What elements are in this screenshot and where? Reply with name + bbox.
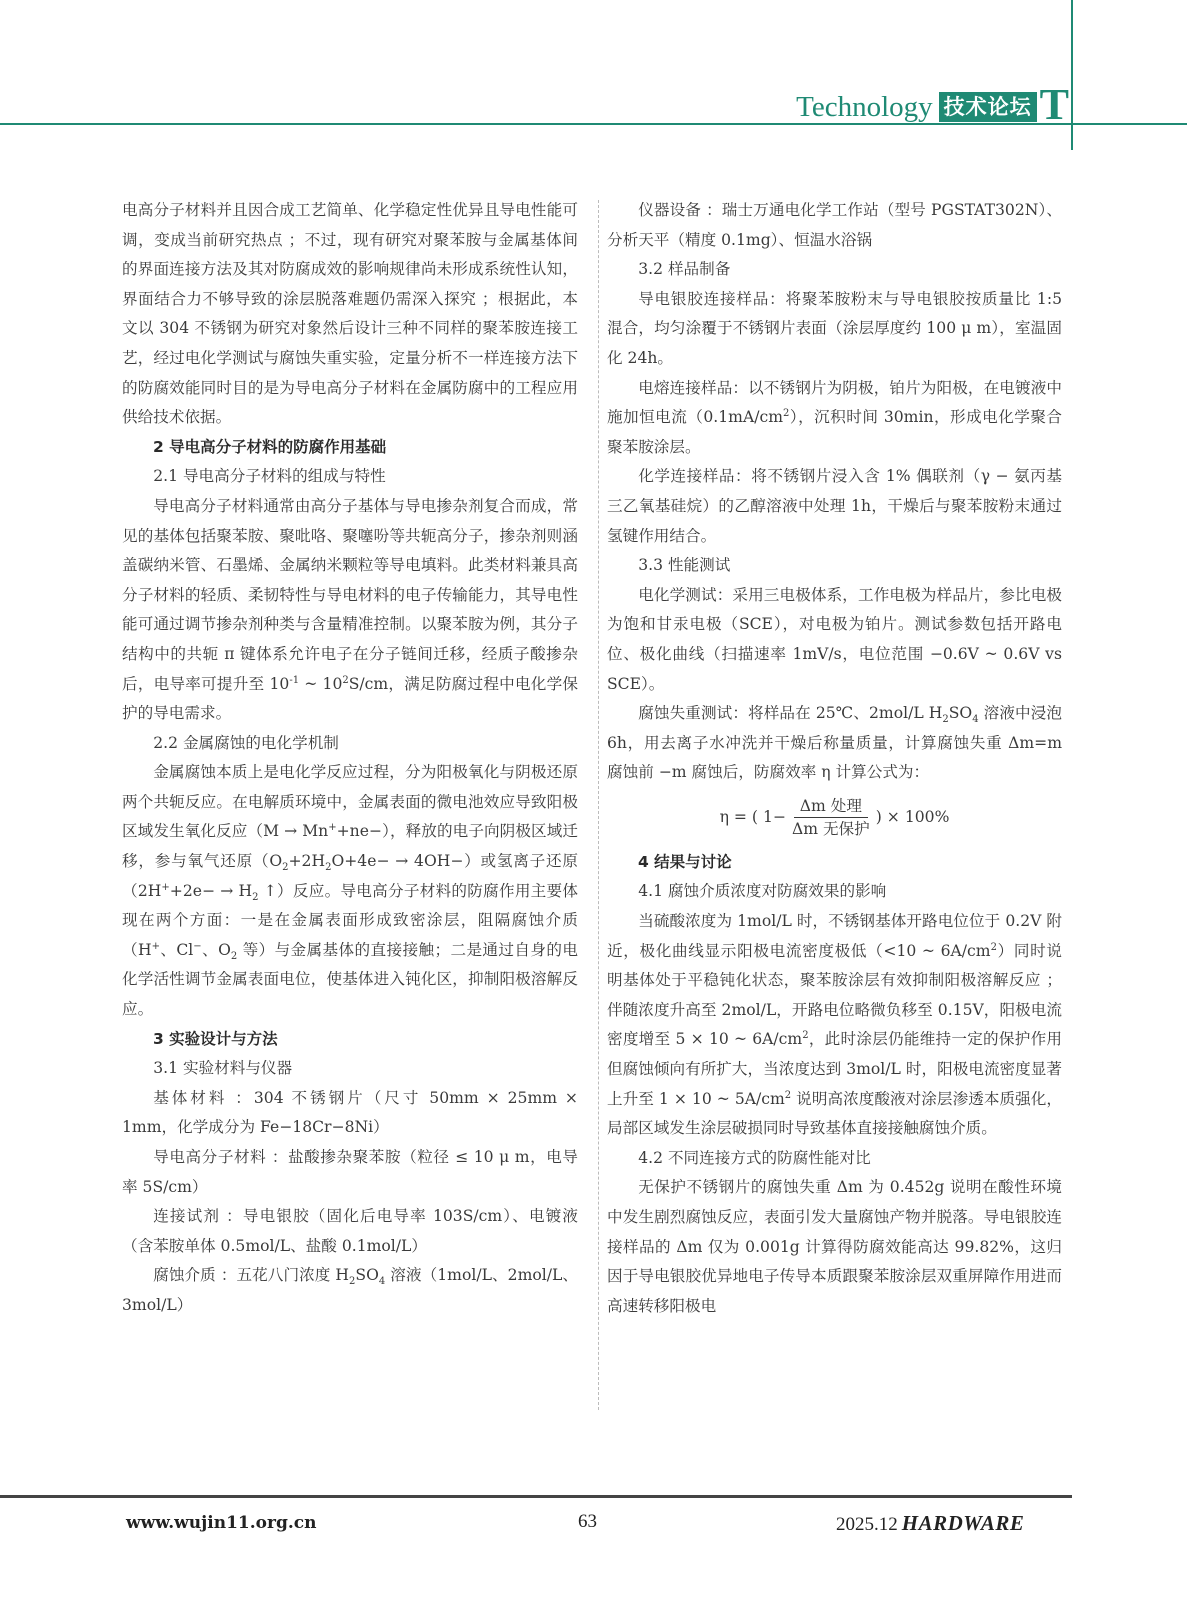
paragraph-polymer: 导电高分子材料 ：盐酸掺杂聚苯胺（粒径 ≤ 10 μ m，电导率 5S/cm） <box>122 1143 578 1202</box>
paragraph-intro-continued: 电高分子材料并且因合成工艺简单、化学稳定性优异且导电性能可调，变成当前研究热点 … <box>122 196 578 433</box>
section-header: Technology 技术论坛 T <box>796 88 1069 124</box>
formula-lhs: η = ( 1− <box>720 803 786 833</box>
issue-date: 2025.12 <box>836 1514 898 1535</box>
formula-denominator: Δm 无保护 <box>792 818 870 840</box>
paragraph-2-1: 导电高分子材料通常由高分子基体与导电掺杂剂复合而成，常见的基体包括聚苯胺、聚吡咯… <box>122 492 578 729</box>
footer-issue: 2025.12HARDWARE <box>836 1511 1024 1536</box>
heading-2-1: 2.1 导电高分子材料的组成与特性 <box>122 462 578 492</box>
column-divider <box>598 200 599 1410</box>
paragraph-medium: 腐蚀介质 ：五花八门浓度 H2SO4 溶液（1mol/L、2mol/L、3mol… <box>122 1261 578 1320</box>
heading-section-2: 2 导电高分子材料的防腐作用基础 <box>122 433 578 463</box>
section-title-en: Technology <box>796 90 933 124</box>
paragraph-silver-glue-sample: 导电银胶连接样品：将聚苯胺粉末与导电银胶按质量比 1:5 混合，均匀涂覆于不锈钢… <box>607 285 1062 374</box>
heading-section-3: 3 实验设计与方法 <box>122 1025 578 1055</box>
paragraph-instruments: 仪器设备 ：瑞士万通电化学工作站（型号 PGSTAT302N）、分析天平（精度 … <box>607 196 1062 255</box>
section-letter-logo: T <box>1040 86 1069 124</box>
heading-3-1: 3.1 实验材料与仪器 <box>122 1054 578 1084</box>
paragraph-4-1: 当硫酸浓度为 1mol/L 时，不锈钢基体开路电位位于 0.2V 附近，极化曲线… <box>607 907 1062 1144</box>
footer-website-link[interactable]: www.wujin11.org.cn <box>126 1513 316 1533</box>
paragraph-weight-loss-test: 腐蚀失重测试：将样品在 25℃、2mol/L H2SO4 溶液中浸泡 6h，用去… <box>607 699 1062 788</box>
paragraph-electrochem-test: 电化学测试：采用三电极体系，工作电极为样品片，参比电极为饱和甘汞电极（SCE），… <box>607 581 1062 699</box>
paragraph-electro-sample: 电熔连接样品：以不锈钢片为阴极，铂片为阳极，在电镀液中施加恒电流（0.1mA/c… <box>607 374 1062 463</box>
heading-4-1: 4.1 腐蚀介质浓度对防腐效果的影响 <box>607 877 1062 907</box>
footer-rule <box>0 1495 1072 1498</box>
formula-fraction: Δm 处理 Δm 无保护 <box>792 795 870 840</box>
paragraph-4-2: 无保护不锈钢片的腐蚀失重 Δm 为 0.452g 说明在酸性环境中发生剧烈腐蚀反… <box>607 1173 1062 1321</box>
heading-2-2: 2.2 金属腐蚀的电化学机制 <box>122 729 578 759</box>
paragraph-chemical-sample: 化学连接样品：将不锈钢片浸入含 1% 偶联剂（γ − 氨丙基三乙氧基硅烷）的乙醇… <box>607 462 1062 551</box>
page-number: 63 <box>578 1511 597 1533</box>
formula-rhs: ) × 100% <box>876 803 950 833</box>
paragraph-reagents: 连接试剂 ：导电银胶（固化后电导率 103S/cm）、电镀液（含苯胺单体 0.5… <box>122 1202 578 1261</box>
right-column: 仪器设备 ：瑞士万通电化学工作站（型号 PGSTAT302N）、分析天平（精度 … <box>607 196 1062 1321</box>
efficiency-formula: η = ( 1− Δm 处理 Δm 无保护 ) × 100% <box>607 790 1062 846</box>
heading-4-2: 4.2 不同连接方式的防腐性能对比 <box>607 1144 1062 1174</box>
paragraph-substrate: 基体材料 ：304 不锈钢片（尺寸 50mm × 25mm × 1mm，化学成分… <box>122 1084 578 1143</box>
formula-numerator: Δm 处理 <box>794 795 868 818</box>
heading-section-4: 4 结果与讨论 <box>607 848 1062 878</box>
paragraph-2-2: 金属腐蚀本质上是电化学反应过程，分为阳极氧化与阴极还原两个共轭反应。在电解质环境… <box>122 758 578 1024</box>
heading-3-3: 3.3 性能测试 <box>607 551 1062 581</box>
left-column: 电高分子材料并且因合成工艺简单、化学稳定性优异且导电性能可调，变成当前研究热点 … <box>122 196 578 1321</box>
magazine-name: HARDWARE <box>902 1511 1025 1535</box>
heading-3-2: 3.2 样品制备 <box>607 255 1062 285</box>
header-vertical-rule <box>1071 0 1073 150</box>
section-title-zh: 技术论坛 <box>939 92 1037 122</box>
